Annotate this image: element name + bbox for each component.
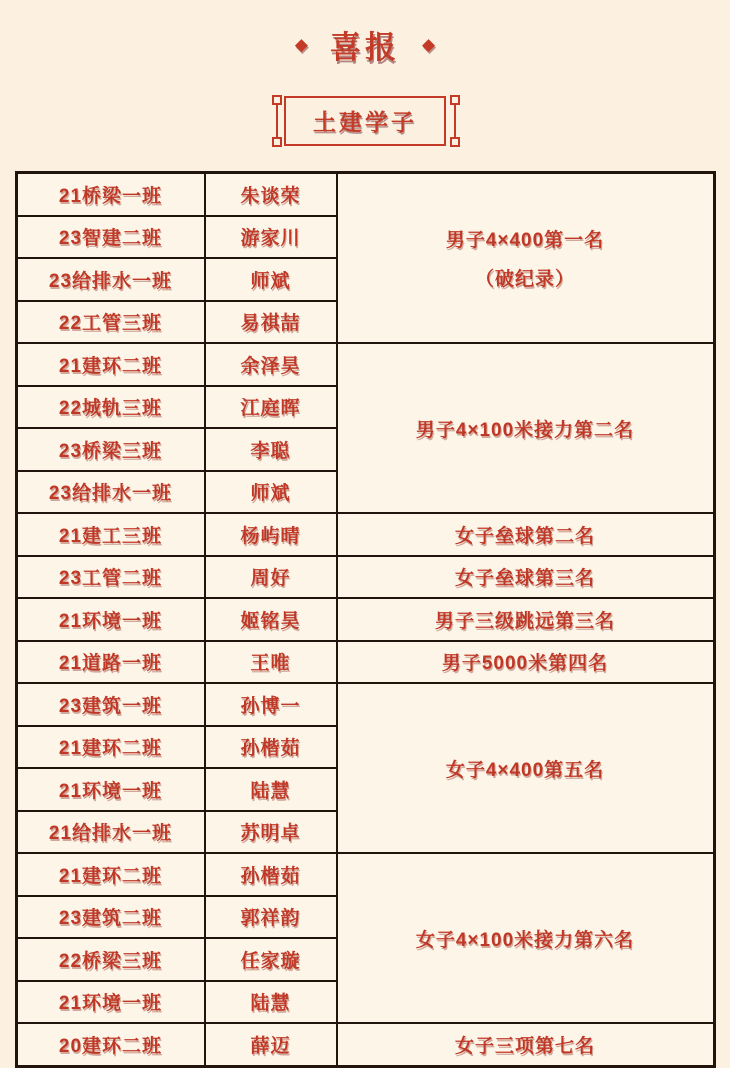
achievement-text: 女子4×100米接力第六名 <box>340 925 711 952</box>
table-row: 21建环二班 余泽昊 男子4×100米接力第二名 <box>16 343 714 386</box>
achievement-cell: 男子5000米第四名 <box>337 641 715 684</box>
class-cell: 21环境一班 <box>16 598 205 641</box>
badge-right-line-ornament <box>454 104 456 138</box>
table-row: 21桥梁一班 朱谈荣 男子4×400第一名 （破纪录） <box>16 173 714 216</box>
class-cell: 21桥梁一班 <box>16 173 205 216</box>
class-cell: 23桥梁三班 <box>16 428 205 471</box>
class-cell: 21环境一班 <box>16 768 205 811</box>
class-cell: 23工管二班 <box>16 556 205 599</box>
class-cell: 21给排水一班 <box>16 811 205 854</box>
class-cell: 21建环二班 <box>16 726 205 769</box>
name-cell: 陆慧 <box>205 768 337 811</box>
achievement-text: 女子4×400第五名 <box>340 755 711 782</box>
class-cell: 21环境一班 <box>16 981 205 1024</box>
table-row: 21建环二班 孙楷茹 女子4×100米接力第六名 <box>16 853 714 896</box>
achievement-note: （破纪录） <box>340 264 711 291</box>
table-row: 23工管二班 周好 女子垒球第三名 <box>16 556 714 599</box>
achievement-text: 男子4×100米接力第二名 <box>340 415 711 442</box>
name-cell: 朱谈荣 <box>205 173 337 216</box>
achievement-cell: 男子4×100米接力第二名 <box>337 343 715 513</box>
page-title: ◆ 喜报 ◆ <box>0 0 730 67</box>
class-cell: 21道路一班 <box>16 641 205 684</box>
name-cell: 姬铭昊 <box>205 598 337 641</box>
name-cell: 李聪 <box>205 428 337 471</box>
achievement-cell: 女子垒球第三名 <box>337 556 715 599</box>
table-row: 20建环二班 薛迈 女子三项第七名 <box>16 1023 714 1066</box>
section-badge: 土建学子 <box>284 96 446 146</box>
name-cell: 王唯 <box>205 641 337 684</box>
name-cell: 周好 <box>205 556 337 599</box>
class-cell: 23建筑一班 <box>16 683 205 726</box>
name-cell: 孙楷茹 <box>205 726 337 769</box>
class-cell: 22桥梁三班 <box>16 938 205 981</box>
name-cell: 师斌 <box>205 258 337 301</box>
achievement-cell: 女子4×400第五名 <box>337 683 715 853</box>
class-cell: 20建环二班 <box>16 1023 205 1066</box>
class-cell: 22工管三班 <box>16 301 205 344</box>
name-cell: 江庭晖 <box>205 386 337 429</box>
achievement-cell: 男子三级跳远第三名 <box>337 598 715 641</box>
class-cell: 21建环二班 <box>16 343 205 386</box>
name-cell: 苏明卓 <box>205 811 337 854</box>
class-cell: 23给排水一班 <box>16 471 205 514</box>
class-cell: 23建筑二班 <box>16 896 205 939</box>
section-badge-wrap: 土建学子 <box>0 96 730 146</box>
name-cell: 薛迈 <box>205 1023 337 1066</box>
badge-corner-square-icon <box>272 137 282 147</box>
name-cell: 孙博一 <box>205 683 337 726</box>
name-cell: 杨屿晴 <box>205 513 337 556</box>
name-cell: 郭祥韵 <box>205 896 337 939</box>
name-cell: 余泽昊 <box>205 343 337 386</box>
class-cell: 21建环二班 <box>16 853 205 896</box>
awards-table: 21桥梁一班 朱谈荣 男子4×400第一名 （破纪录） 23智建二班 游家川 2… <box>15 171 716 1068</box>
name-cell: 陆慧 <box>205 981 337 1024</box>
achievement-text: 男子4×400第一名 <box>340 225 711 252</box>
name-cell: 任家璇 <box>205 938 337 981</box>
name-cell: 孙楷茹 <box>205 853 337 896</box>
table-row: 21道路一班 王唯 男子5000米第四名 <box>16 641 714 684</box>
name-cell: 游家川 <box>205 216 337 259</box>
section-badge-label: 土建学子 <box>313 109 417 135</box>
diamond-icon: ◆ <box>295 36 308 53</box>
class-cell: 23智建二班 <box>16 216 205 259</box>
class-cell: 23给排水一班 <box>16 258 205 301</box>
badge-corner-square-icon <box>450 137 460 147</box>
name-cell: 师斌 <box>205 471 337 514</box>
badge-corner-square-icon <box>272 95 282 105</box>
badge-corner-square-icon <box>450 95 460 105</box>
diamond-icon: ◆ <box>422 36 435 53</box>
name-cell: 易祺喆 <box>205 301 337 344</box>
achievement-cell: 女子三项第七名 <box>337 1023 715 1066</box>
achievement-cell: 女子垒球第二名 <box>337 513 715 556</box>
table-row: 21建工三班 杨屿晴 女子垒球第二名 <box>16 513 714 556</box>
class-cell: 21建工三班 <box>16 513 205 556</box>
table-row: 21环境一班 姬铭昊 男子三级跳远第三名 <box>16 598 714 641</box>
class-cell: 22城轨三班 <box>16 386 205 429</box>
achievement-cell: 女子4×100米接力第六名 <box>337 853 715 1023</box>
achievement-cell: 男子4×400第一名 （破纪录） <box>337 173 715 344</box>
badge-left-line-ornament <box>276 104 278 138</box>
page-title-text: 喜报 <box>330 22 400 67</box>
table-row: 23建筑一班 孙博一 女子4×400第五名 <box>16 683 714 726</box>
